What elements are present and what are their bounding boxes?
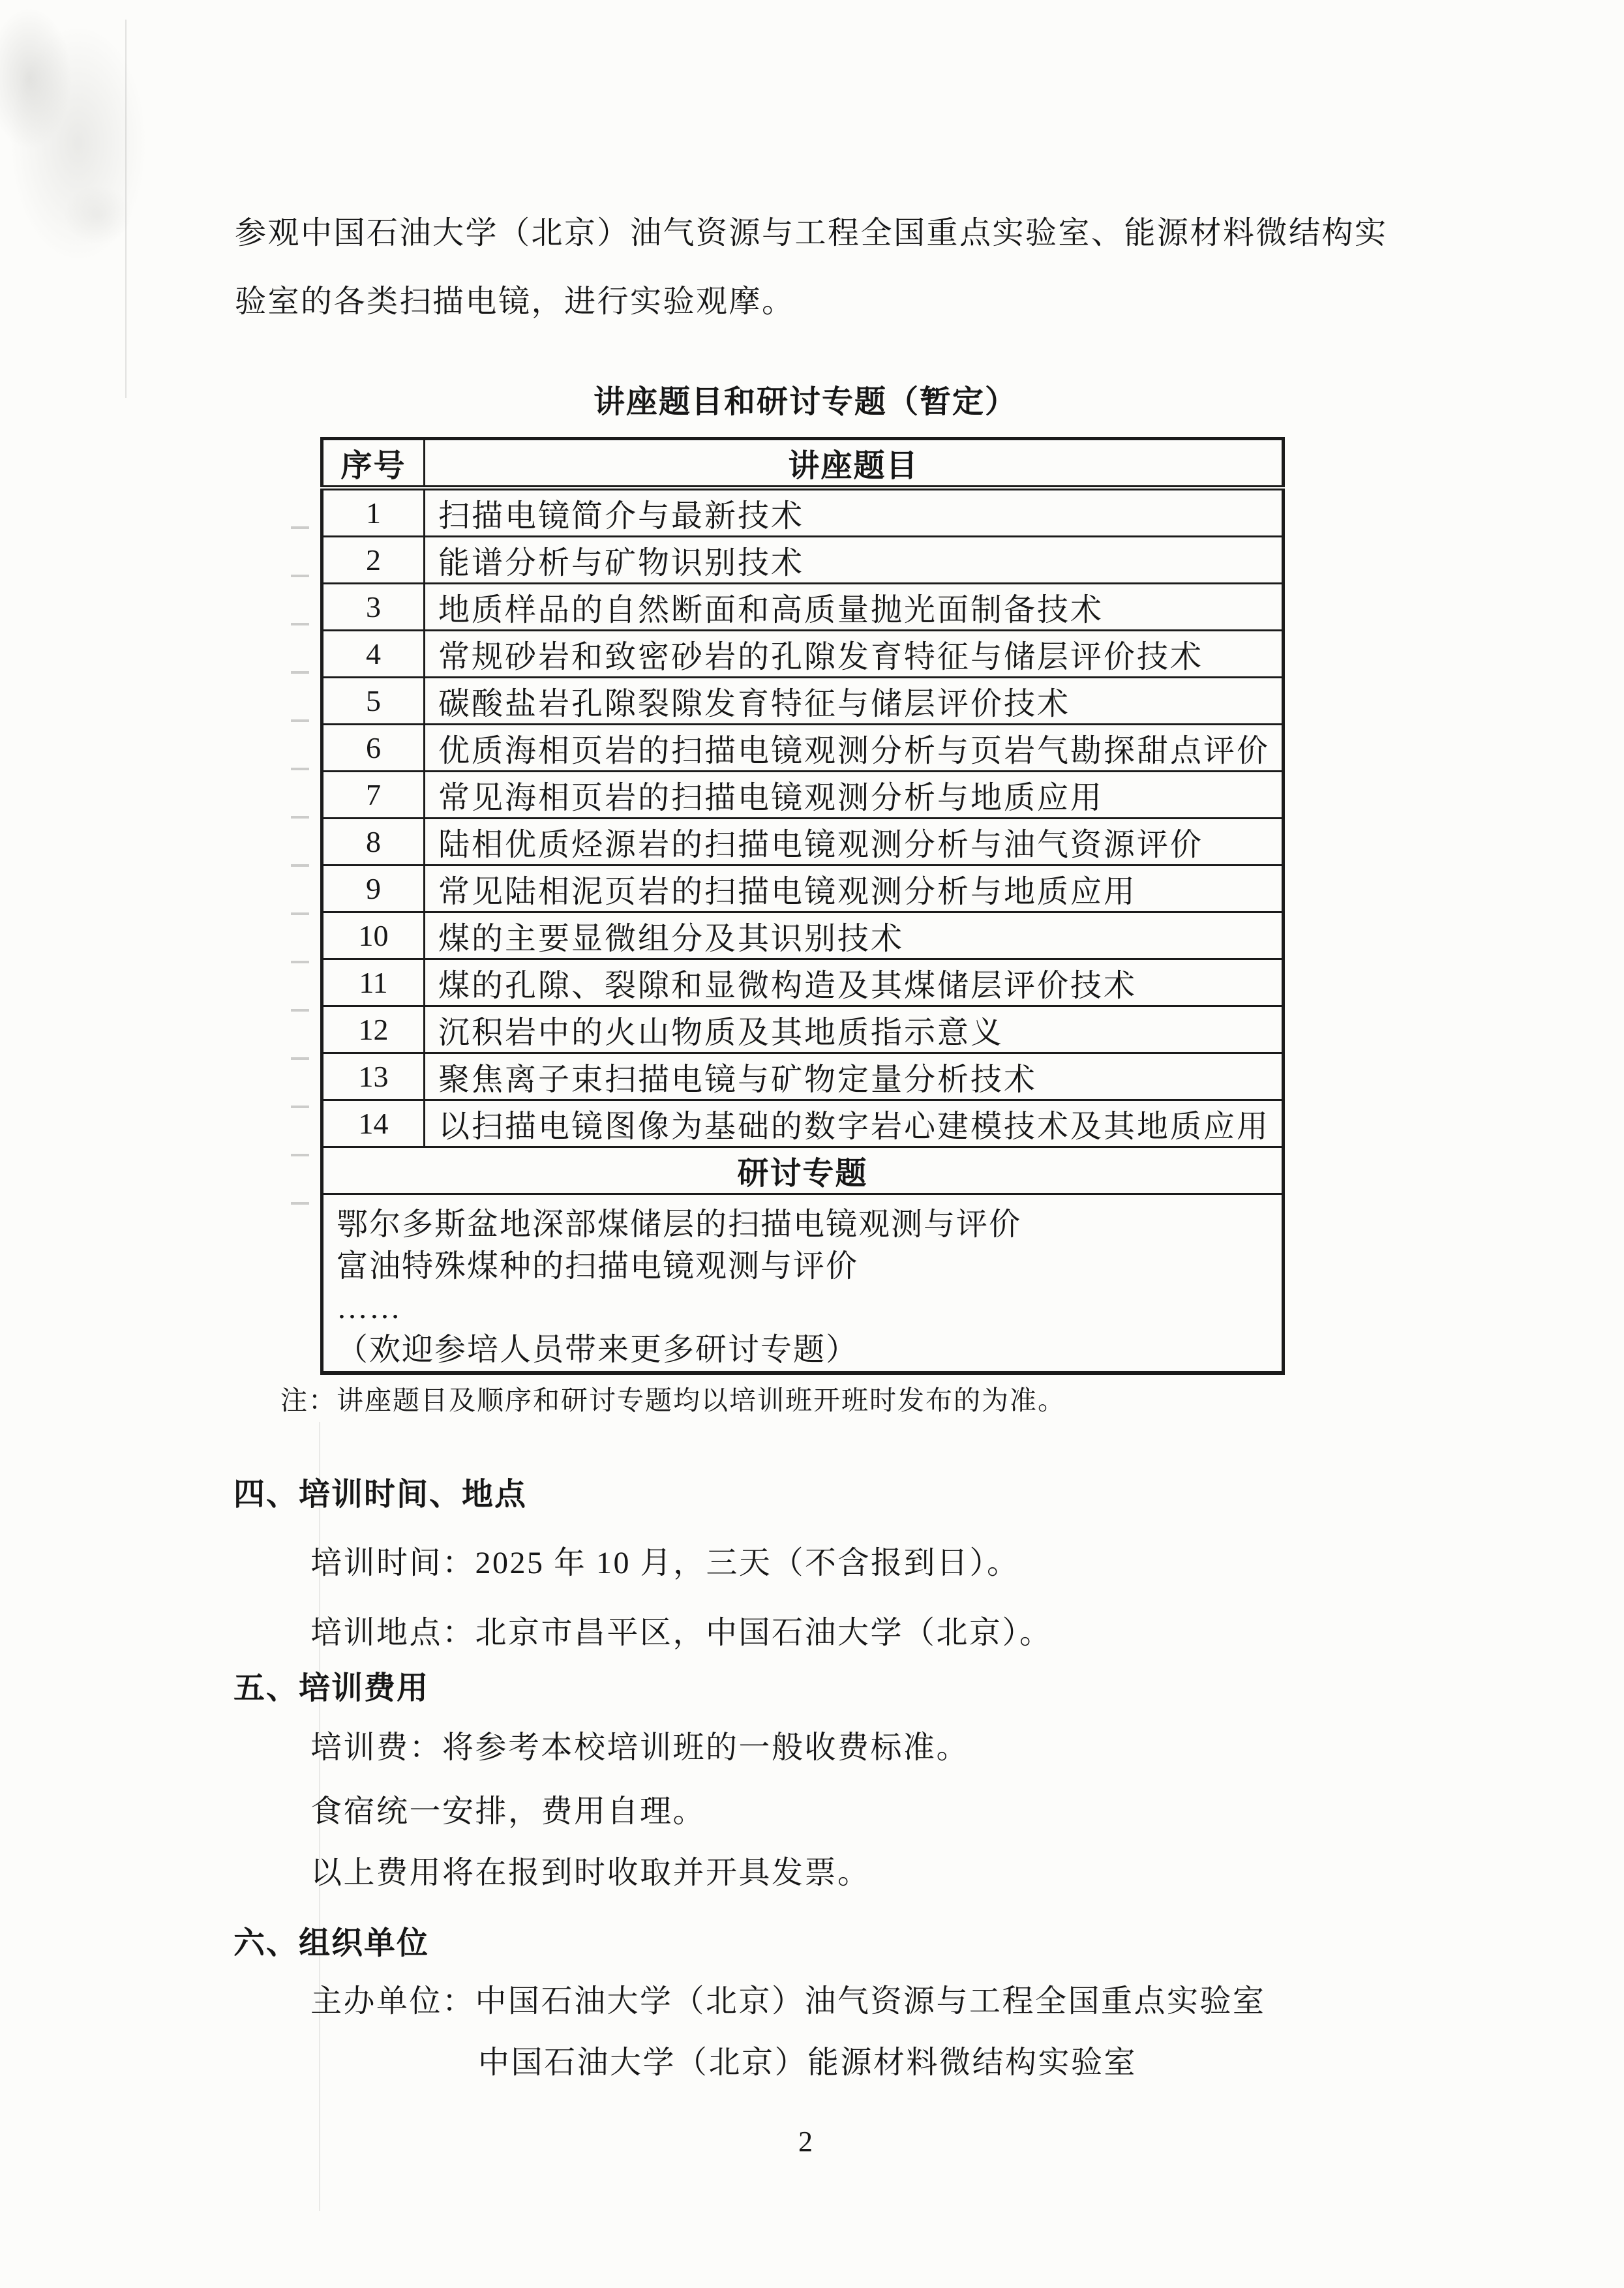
seminar-body-row: 鄂尔多斯盆地深部煤储层的扫描电镜观测与评价 富油特殊煤种的扫描电镜观测与评价 ……: [322, 1194, 1284, 1374]
row-topic: 常见陆相泥页岩的扫描电镜观测分析与地质应用: [425, 866, 1284, 912]
row-topic: 沉积岩中的火山物质及其地质指示意义: [425, 1006, 1284, 1053]
row-no: 6: [322, 725, 425, 772]
row-topic: 扫描电镜简介与最新技术: [425, 488, 1284, 537]
row-no: 14: [322, 1100, 425, 1147]
table-row: 2能谱分析与矿物识别技术: [322, 537, 1284, 584]
row-no: 13: [322, 1053, 425, 1100]
row-no: 1: [322, 488, 425, 537]
row-topic: 陆相优质烃源岩的扫描电镜观测分析与油气资源评价: [425, 819, 1284, 866]
scan-line-artifact-top: [125, 20, 127, 398]
row-topic: 地质样品的自然断面和高质量抛光面制备技术: [425, 584, 1284, 631]
row-no: 8: [322, 819, 425, 866]
row-no: 10: [322, 912, 425, 959]
training-location-line: 培训地点：北京市昌平区，中国石油大学（北京）。: [310, 1615, 1053, 1651]
table-row: 11煤的孔隙、裂隙和显微构造及其煤储层评价技术: [322, 959, 1284, 1006]
intro-paragraph: 参观中国石油大学（北京）油气资源与工程全国重点实验室、能源材料微结构实 验室的各…: [235, 199, 1461, 336]
document-page: 参观中国石油大学（北京）油气资源与工程全国重点实验室、能源材料微结构实 验室的各…: [0, 0, 1624, 2288]
table-row: 7常见海相页岩的扫描电镜观测分析与地质应用: [322, 772, 1284, 819]
section-heading-6: 六、组织单位: [233, 1925, 429, 1961]
table-row: 14以扫描电镜图像为基础的数字岩心建模技术及其地质应用: [322, 1100, 1284, 1147]
table-row: 13聚焦离子束扫描电镜与矿物定量分析技术: [322, 1053, 1284, 1100]
seminar-header: 研讨专题: [322, 1147, 1284, 1194]
training-time-line: 培训时间：2025 年 10 月，三天（不含报到日）。: [310, 1545, 1020, 1581]
row-topic: 煤的主要显微组分及其识别技术: [425, 912, 1284, 959]
table-row: 1扫描电镜简介与最新技术: [322, 488, 1284, 537]
row-no: 9: [322, 866, 425, 912]
row-topic: 聚焦离子束扫描电镜与矿物定量分析技术: [425, 1053, 1284, 1100]
table-row: 4常规砂岩和致密砂岩的孔隙发育特征与储层评价技术: [322, 631, 1284, 678]
table-row: 10煤的主要显微组分及其识别技术: [322, 912, 1284, 959]
row-topic: 常见海相页岩的扫描电镜观测分析与地质应用: [425, 772, 1284, 819]
row-topic: 煤的孔隙、裂隙和显微构造及其煤储层评价技术: [425, 959, 1284, 1006]
training-fee-line: 培训费：将参考本校培训班的一般收费标准。: [310, 1730, 969, 1766]
table-row: 6优质海相页岩的扫描电镜观测分析与页岩气勘探甜点评价: [322, 725, 1284, 772]
column-header-no: 序号: [322, 439, 425, 489]
row-topic: 碳酸盐岩孔隙裂隙发育特征与储层评价技术: [425, 678, 1284, 725]
row-no: 11: [322, 959, 425, 1006]
row-no: 7: [322, 772, 425, 819]
scan-ghost-ticks: [291, 526, 309, 1207]
table-note: 注：讲座题目及顺序和研讨专题均以培训班开班时发布的为准。: [280, 1385, 1066, 1416]
row-no: 4: [322, 631, 425, 678]
table-row: 3地质样品的自然断面和高质量抛光面制备技术: [322, 584, 1284, 631]
column-header-topic: 讲座题目: [425, 439, 1284, 489]
invoice-line: 以上费用将在报到时收取并开具发票。: [310, 1855, 871, 1891]
table-row: 8陆相优质烃源岩的扫描电镜观测分析与油气资源评价: [322, 819, 1284, 866]
seminar-header-row: 研讨专题: [322, 1147, 1284, 1194]
table-row: 5碳酸盐岩孔隙裂隙发育特征与储层评价技术: [322, 678, 1284, 725]
section-heading-4: 四、培训时间、地点: [233, 1477, 527, 1513]
table-title: 讲座题目和研讨专题（暂定）: [238, 385, 1373, 420]
table-row: 9常见陆相泥页岩的扫描电镜观测分析与地质应用: [322, 866, 1284, 912]
scan-smudge-artifact: [0, 0, 274, 365]
table-row: 12沉积岩中的火山物质及其地质指示意义: [322, 1006, 1284, 1053]
section-heading-5: 五、培训费用: [233, 1670, 429, 1706]
page-number: 2: [238, 2125, 1373, 2158]
organizer-line-1: 主办单位：中国石油大学（北京）油气资源与工程全国重点实验室: [310, 1983, 1266, 2019]
row-topic: 常规砂岩和致密砂岩的孔隙发育特征与储层评价技术: [425, 631, 1284, 678]
lecture-topics-table: 序号 讲座题目 1扫描电镜简介与最新技术 2能谱分析与矿物识别技术 3地质样品的…: [320, 437, 1285, 1375]
row-topic: 以扫描电镜图像为基础的数字岩心建模技术及其地质应用: [425, 1100, 1284, 1147]
organizer-line-2: 中国石油大学（北京）能源材料微结构实验室: [478, 2045, 1137, 2081]
table-header-row: 序号 讲座题目: [322, 439, 1284, 489]
row-topic: 优质海相页岩的扫描电镜观测分析与页岩气勘探甜点评价: [425, 725, 1284, 772]
row-no: 5: [322, 678, 425, 725]
row-no: 12: [322, 1006, 425, 1053]
row-no: 3: [322, 584, 425, 631]
seminar-topics: 鄂尔多斯盆地深部煤储层的扫描电镜观测与评价 富油特殊煤种的扫描电镜观测与评价 ……: [322, 1194, 1284, 1374]
row-no: 2: [322, 537, 425, 584]
accommodation-line: 食宿统一安排，费用自理。: [310, 1794, 706, 1829]
row-topic: 能谱分析与矿物识别技术: [425, 537, 1284, 584]
